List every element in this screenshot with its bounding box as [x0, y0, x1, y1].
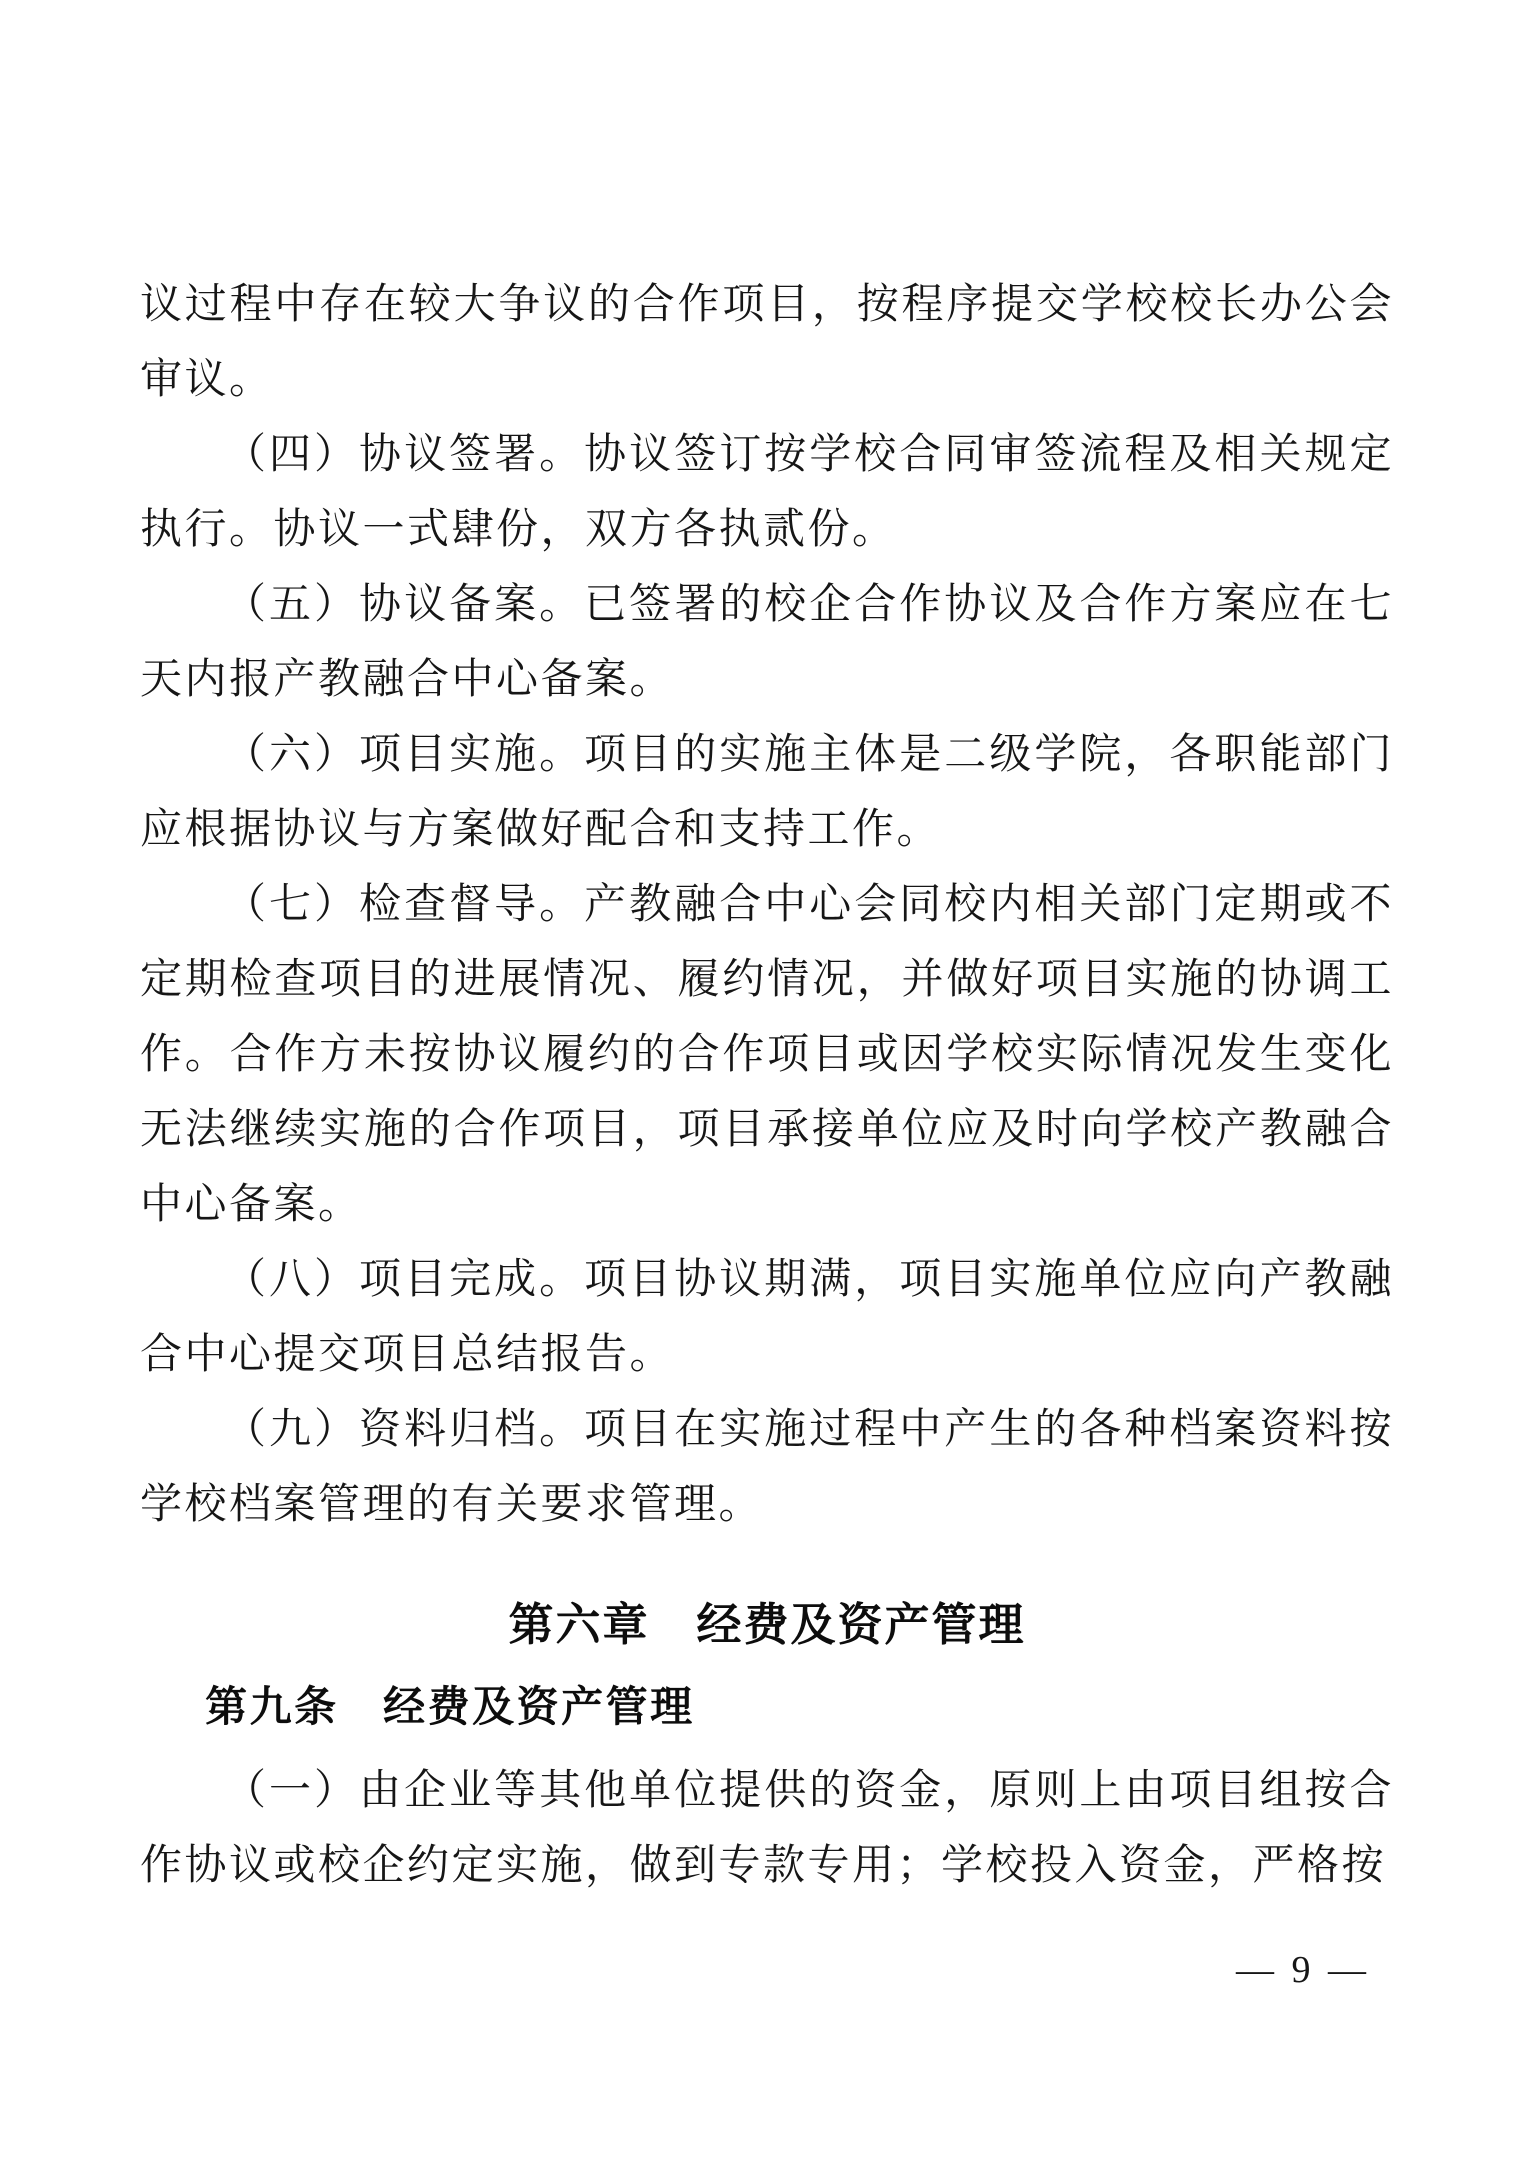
- paragraph: （一）由企业等其他单位提供的资金，原则上由项目组按合作协议或校企约定实施，做到专…: [140, 1754, 1394, 1904]
- paragraph: （八）项目完成。项目协议期满，项目实施单位应向产教融合中心提交项目总结报告。: [140, 1243, 1394, 1393]
- paragraph: （九）资料归档。项目在实施过程中产生的各种档案资料按学校档案管理的有关要求管理。: [140, 1393, 1394, 1543]
- paragraph: 议过程中存在较大争议的合作项目，按程序提交学校校长办公会审议。: [140, 268, 1394, 418]
- paragraph: （四）协议签署。协议签订按学校合同审签流程及相关规定执行。协议一式肆份，双方各执…: [140, 418, 1394, 568]
- document-page: 议过程中存在较大争议的合作项目，按程序提交学校校长办公会审议。（四）协议签署。协…: [0, 0, 1536, 2171]
- paragraph: （六）项目实施。项目的实施主体是二级学院，各职能部门应根据协议与方案做好配合和支…: [140, 718, 1394, 868]
- article-heading: 第九条 经费及资产管理: [140, 1671, 1394, 1746]
- paragraph: （七）检查督导。产教融合中心会同校内相关部门定期或不定期检查项目的进展情况、履约…: [140, 868, 1394, 1243]
- paragraph: （五）协议备案。已签署的校企合作协议及合作方案应在七天内报产教融合中心备案。: [140, 568, 1394, 718]
- document-body: 议过程中存在较大争议的合作项目，按程序提交学校校长办公会审议。（四）协议签署。协…: [140, 0, 1394, 1904]
- chapter-heading: 第六章 经费及资产管理: [140, 1595, 1394, 1655]
- page-number: — 9 —: [1236, 1948, 1370, 1992]
